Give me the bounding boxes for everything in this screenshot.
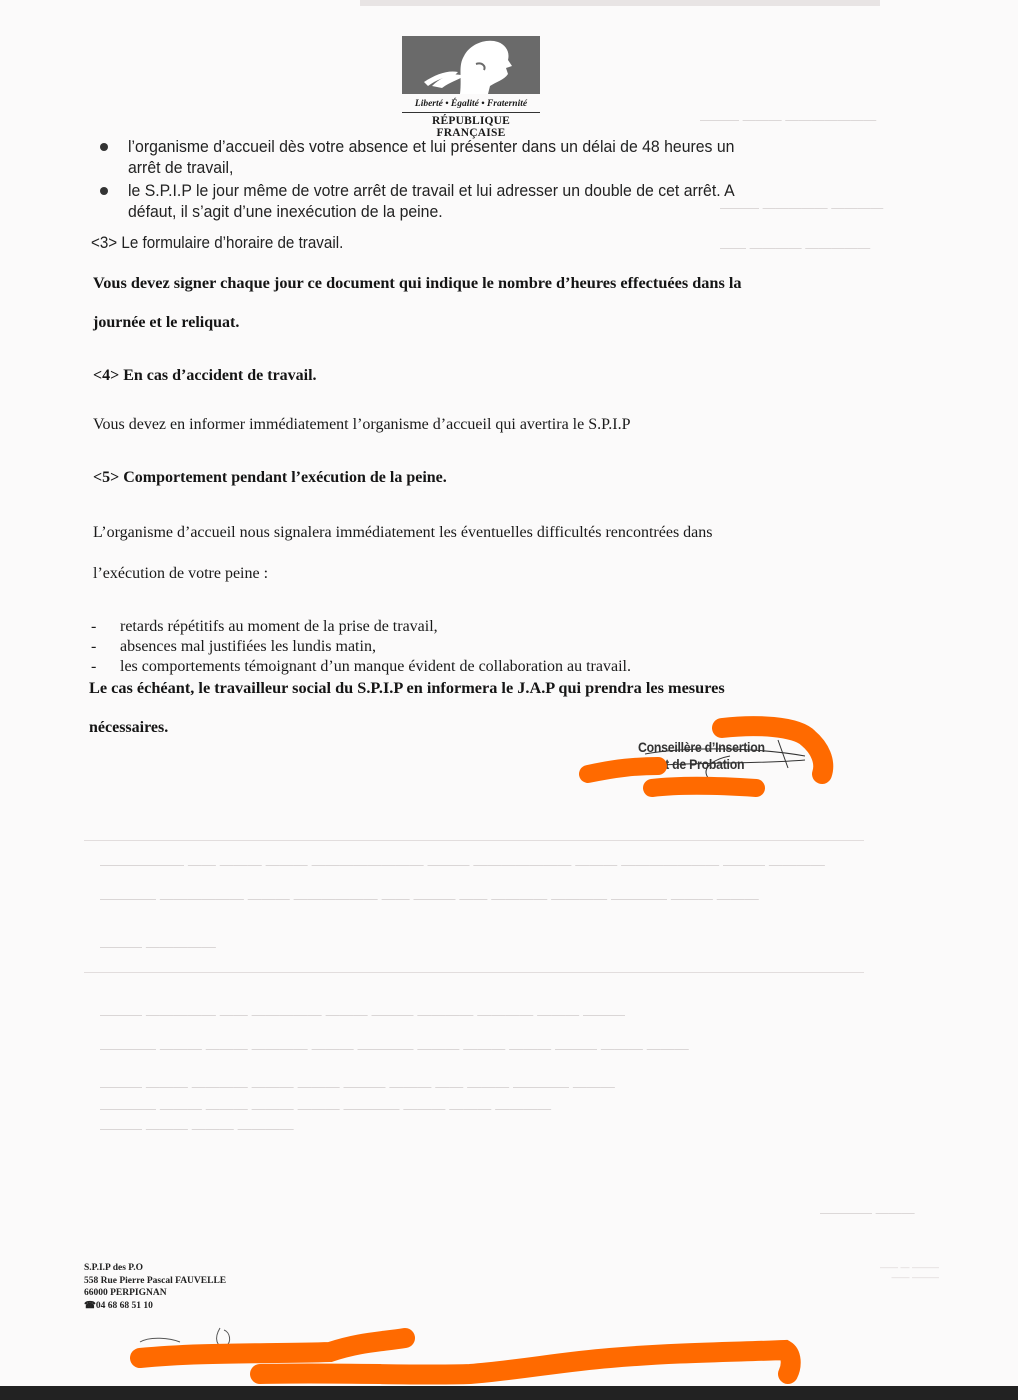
section-5-body-line-1: L’organisme d’accueil nous signalera imm… <box>93 524 713 542</box>
bleed-through-text: ——————— ——— ——— <box>700 112 876 127</box>
bleed-through-text: ————— ———— —— <box>720 240 870 255</box>
footer-city: 66000 PERPIGNAN <box>84 1287 226 1300</box>
footer-org: S.P.I.P des P.O <box>84 1262 226 1275</box>
bleed-through-text: ——— ——— ——— ——— ——— ——— ———— ——— ———— ——… <box>100 1040 689 1056</box>
dash-bullet-icon: - <box>91 618 96 636</box>
dash-bullet-icon: - <box>91 638 96 656</box>
section-5-item-2: absences mal justifiées les lundis matin… <box>120 638 376 656</box>
section-5-body-line-2: l’exécution de votre peine : <box>93 565 268 583</box>
bullet-icon <box>100 187 108 195</box>
footer-phone-row: ☎04 68 68 51 10 <box>84 1300 226 1313</box>
bullet-item-1-line-1: l’organisme d’accueil dès votre absence … <box>128 136 734 157</box>
bleed-through-text: ——— ——— ———— ———— ——— ——— ————— —— —————… <box>100 1006 625 1022</box>
section-3-heading: <3> Le formulaire d’horaire de travail. <box>91 234 343 253</box>
section-4-body: Vous devez en informer immédiatement l’o… <box>93 416 630 434</box>
redaction-mark <box>576 716 846 806</box>
bleed-through-rule <box>84 972 864 973</box>
logo-motto: Liberté • Égalité • Fraternité <box>402 99 540 109</box>
footer-street: 558 Rue Pierre Pascal FAUVELLE <box>84 1275 226 1288</box>
logo-title: RÉPUBLIQUE FRANÇAISE <box>402 112 540 139</box>
bleed-through-text: ——— ———— <box>820 1205 915 1220</box>
bullet-item-2-line-1: le S.P.I.P le jour même de votre arrêt d… <box>128 180 735 201</box>
section-4-heading: <4> En cas d’accident de travail. <box>93 367 317 385</box>
section-5-item-3: les comportements témoignant d’un manque… <box>120 658 631 676</box>
section-3-body-line-2: journée et le reliquat. <box>93 314 239 332</box>
telephone-icon: ☎ <box>84 1301 96 1311</box>
bleed-through-rule <box>84 840 864 841</box>
footer-phone: 04 68 68 51 10 <box>96 1301 153 1311</box>
section-3-body-line-1: Vous devez signer chaque jour ce documen… <box>93 273 742 293</box>
bullet-item-2-line-2: défaut, il s’agit d’une inexécution de l… <box>128 201 443 222</box>
section-5-conclusion-line-2: nécessaires. <box>89 719 168 737</box>
section-5-heading: <5> Comportement pendant l’exécution de … <box>93 469 447 487</box>
bullet-icon <box>100 143 108 151</box>
bleed-through-text: ———— ————— ——— <box>720 200 883 215</box>
bleed-through-text: ———— ——— ——— ———— ——— ——— ——— ——— ———— <box>100 1100 551 1116</box>
scan-edge-top <box>360 0 880 6</box>
bullet-item-1-line-2: arrêt de travail, <box>128 157 233 178</box>
redaction-mark <box>120 1322 880 1392</box>
bleed-through-text: ———— ——— ——————— ——— ——————— ——— ———————… <box>100 856 825 872</box>
scan-edge-bottom <box>0 1386 1018 1400</box>
bleed-through-text: ————— ——— <box>100 938 216 954</box>
bleed-through-text: ——— — ————— —— <box>880 1262 939 1282</box>
section-5-item-1: retards répétitifs au moment de la prise… <box>120 618 438 636</box>
bleed-through-text: ———— ——— ——— ——— <box>100 1120 294 1136</box>
bleed-through-text: ——— ———— ——— —— ——— ——— ——— ——— ———— ———… <box>100 1078 615 1094</box>
footer-address-block: S.P.I.P des P.O 558 Rue Pierre Pascal FA… <box>84 1262 226 1312</box>
section-5-conclusion-line-1: Le cas échéant, le travailleur social du… <box>89 678 725 698</box>
dash-bullet-icon: - <box>91 658 96 676</box>
marianne-emblem-icon <box>402 36 540 94</box>
scanned-document-page: ——————— ——— ——— ———— ————— ——— ————— ———… <box>0 0 1018 1400</box>
bleed-through-text: ——— ——— ———— ———— ———— —— ——— —— —————— … <box>100 890 759 906</box>
republique-francaise-logo: Liberté • Égalité • Fraternité RÉPUBLIQU… <box>402 36 540 134</box>
